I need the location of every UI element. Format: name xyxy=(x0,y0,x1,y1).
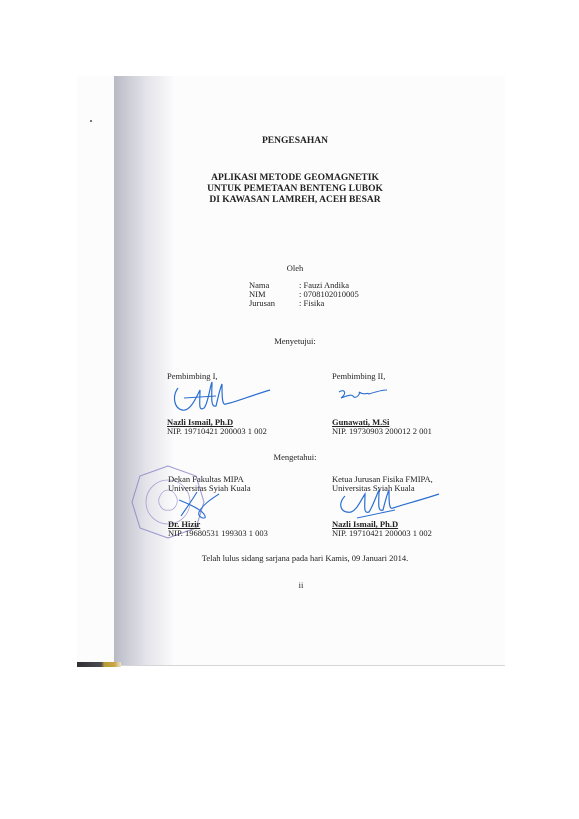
supervisor-1-nip: NIP. 19710421 200003 1 002 xyxy=(167,426,267,436)
acknowledged-label: Mengetahui: xyxy=(262,452,328,462)
by-label: Oleh xyxy=(280,263,310,273)
thesis-title-line-1: APLIKASI METODE GEOMAGNETIK xyxy=(200,173,390,183)
thesis-title-line-3: DI KAWASAN LAMREH, ACEH BESAR xyxy=(200,195,390,205)
dean-signature xyxy=(175,490,225,520)
page-bottom-edge xyxy=(77,665,505,666)
scanner-edge-artifact xyxy=(77,662,121,667)
supervisor-2-signature xyxy=(335,386,395,406)
supervisor-2-nip: NIP. 19730903 200012 2 001 xyxy=(332,426,432,436)
supervisor-2-role: Pembimbing II, xyxy=(332,371,385,381)
thesis-title-line-2: UNTUK PEMETAAN BENTENG LUBOK xyxy=(200,184,390,194)
department-label: Jurusan xyxy=(249,298,275,308)
department-value: : Fisika xyxy=(299,298,324,308)
scan-speck xyxy=(90,120,92,122)
head-of-dept-signature xyxy=(335,484,445,524)
head-of-dept-nip: NIP. 19710421 200003 1 002 xyxy=(332,528,432,538)
approved-label: Menyetujui: xyxy=(265,336,325,346)
binding-shadow xyxy=(114,76,174,666)
dean-nip: NIP. 19680531 199303 1 003 xyxy=(168,528,268,538)
page-number: ii xyxy=(295,580,307,590)
supervisor-1-signature xyxy=(170,378,280,418)
page-heading: PENGESAHAN xyxy=(240,136,350,146)
graduation-statement: Telah lulus sidang sarjana pada hari Kam… xyxy=(195,553,415,563)
